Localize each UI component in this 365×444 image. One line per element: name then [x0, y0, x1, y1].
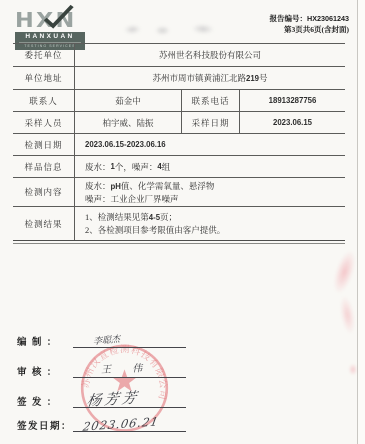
report-number: HX23061243 [307, 14, 349, 23]
row-label: 样品信息 [13, 156, 75, 177]
test-result-line: 2、各检测项目参考限值由客户提供。 [85, 224, 225, 236]
sampling-date: 2023.06.15 [240, 112, 345, 133]
page-count: 第3页共6页(含封面) [270, 24, 349, 35]
report-meta: 报告编号：HX23061243 第3页共6页(含封面) [270, 13, 349, 35]
reviewed-signature-line: 王 伟 [73, 361, 186, 378]
reviewed-label: 审 核 ： [17, 364, 73, 378]
reviewed-signature: 王 伟 [101, 359, 152, 376]
row-value: 苏州市周市镇黄浦江北路219号 [75, 67, 345, 89]
logo-acronym: HXN [15, 9, 93, 31]
row-label: 检测结果 [13, 207, 75, 240]
row-value: 2023.06.15-2023.06.16 [75, 134, 345, 155]
row-label: 联系人 [13, 90, 75, 111]
row-label: 单位地址 [13, 67, 75, 89]
table-row-sample-info: 样品信息 废水：1个，噪声：4组 [13, 156, 345, 178]
reviewed-by-row: 审 核 ： 王 伟 [17, 361, 186, 378]
row-value: 废水：1个，噪声：4组 [75, 156, 345, 177]
checkmark-icon [42, 4, 76, 34]
issued-by-row: 签 发 ： 杨芳芳 [17, 391, 186, 408]
prepared-signature: 李聪杰 [93, 332, 120, 347]
report-info-table: 委托单位 苏州世名科技股份有限公司 单位地址 苏州市周市镇黄浦江北路219号 联… [13, 43, 345, 241]
test-result-line: 1、检测结果见第4-5页； [85, 211, 225, 224]
table-row-test-date: 检测日期 2023.06.15-2023.06.16 [13, 134, 345, 156]
test-content-line: 噪声：工业企业厂界噪声 [85, 193, 214, 205]
prepared-signature-line: 李聪杰 [73, 331, 186, 348]
stamp-smudge [349, 364, 357, 375]
prepared-label: 编 制 ： [17, 334, 73, 348]
bleedthrough-mark [155, 26, 170, 35]
contact-name: 茹金中 [75, 90, 182, 111]
sampler-names: 柏宇威、陆振 [75, 112, 182, 133]
table-row-contact: 联系人 茹金中 联系电话 18913287756 [13, 90, 345, 112]
row-label: 检测日期 [13, 134, 75, 155]
table-row-client: 委托单位 苏州世名科技股份有限公司 [13, 44, 345, 67]
row-label: 检测内容 [13, 178, 75, 206]
row-label: 委托单位 [13, 44, 75, 66]
table-row-test-content: 检测内容 废水：pH值、化学需氧量、悬浮物 噪声：工业企业厂界噪声 [13, 178, 345, 207]
report-number-line: 报告编号：HX23061243 [270, 13, 349, 24]
issue-date-handwritten: 2023.06.21 [82, 414, 160, 434]
issue-date-label: 签发日期： [17, 418, 73, 432]
stamp-smudge [338, 295, 357, 335]
scan-edge-line [357, 0, 358, 444]
issue-date-line: 2023.06.21 [73, 415, 186, 432]
row-value: 苏州世名科技股份有限公司 [75, 44, 345, 66]
sampling-date-label: 采样日期 [182, 112, 240, 133]
table-row-address: 单位地址 苏州市周市镇黄浦江北路219号 [13, 67, 345, 90]
scan-margin [358, 0, 365, 444]
bleedthrough-mark [124, 24, 142, 34]
row-label: 采样人员 [13, 112, 75, 133]
issued-signature: 杨芳芳 [86, 386, 141, 411]
issued-label: 签 发 ： [17, 394, 73, 408]
table-row-samplers: 采样人员 柏宇威、陆振 采样日期 2023.06.15 [13, 112, 345, 134]
row-value: 1、检测结果见第4-5页； 2、各检测项目参考限值由客户提供。 [75, 207, 345, 240]
logo-name: HANXUAN [15, 33, 85, 41]
row-value: 废水：pH值、化学需氧量、悬浮物 噪声：工业企业厂界噪声 [75, 178, 345, 206]
report-number-label: 报告编号： [270, 14, 308, 23]
prepared-by-row: 编 制 ： 李聪杰 [17, 331, 186, 348]
table-bottom-rule [13, 243, 345, 244]
contact-phone: 18913287756 [240, 90, 345, 111]
bleedthrough-mark [192, 23, 214, 34]
table-row-test-result: 检测结果 1、检测结果见第4-5页； 2、各检测项目参考限值由客户提供。 [13, 207, 345, 241]
issued-signature-line: 杨芳芳 [73, 391, 186, 408]
test-content-line: 废水：pH值、化学需氧量、悬浮物 [85, 180, 214, 193]
contact-phone-label: 联系电话 [182, 90, 240, 111]
issue-date-row: 签发日期： 2023.06.21 [17, 415, 186, 432]
stamp-smudge [330, 248, 360, 295]
